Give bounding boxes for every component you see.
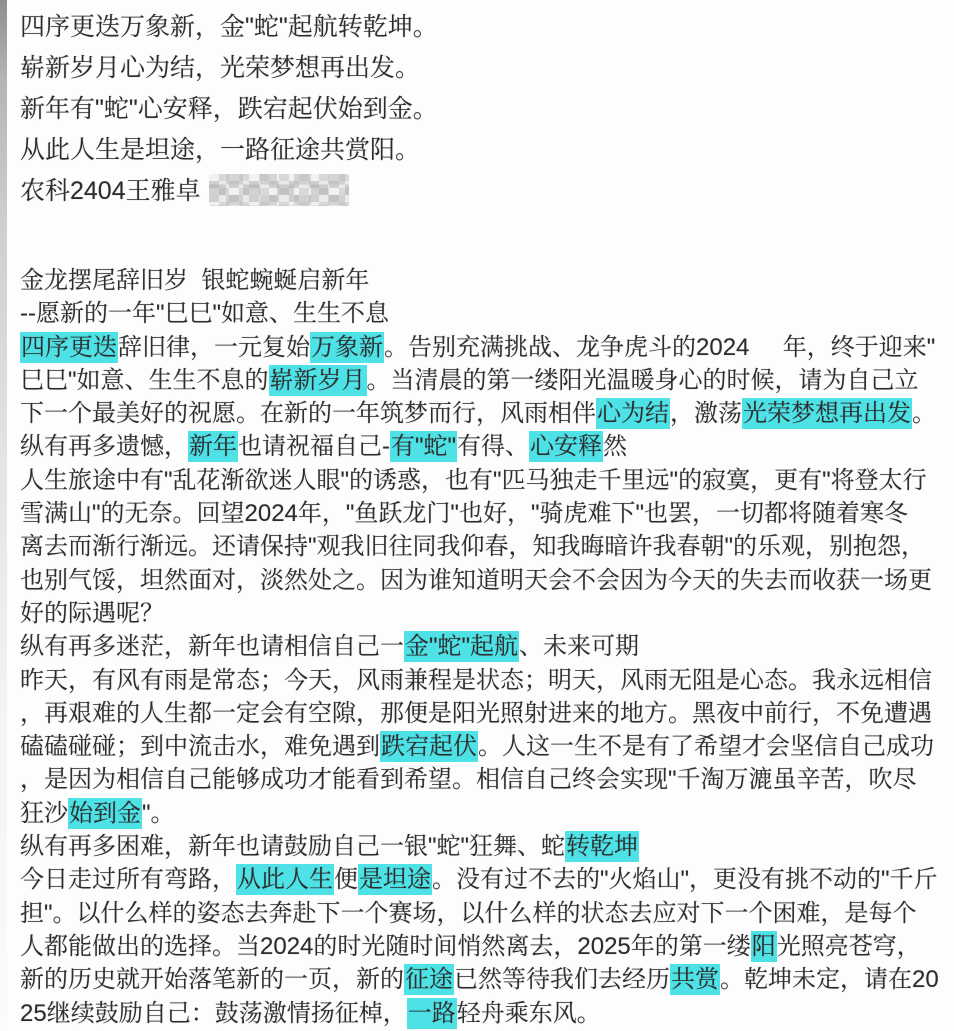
article-subtitle: --愿新的一年"巳巳"如意、生生不息 [20,297,940,330]
poem-line: 新年有"蛇"心安释，跌宕起伏始到金。 [20,89,940,130]
highlighted-text: 始到金 [68,798,142,829]
plain-text: 。没有过不去的"火焰山"，更没有挑不动的"千斤 [432,866,938,893]
plain-text: 。乾坤未定，请在20 [720,966,939,993]
highlighted-text: 有"蛇" [390,431,457,462]
author-name: 农科2404王雅卓 [20,177,201,205]
plain-text: 纵有再多困难，新年也请鼓励自己一银"蛇"狂舞、蛇 [20,833,565,860]
plain-text: 新的历史就开始落笔新的一页，新的 [20,966,404,993]
plain-text: 。当清晨的第一缕阳光温暖身心的时候，请为自己立 [367,367,919,394]
highlighted-text: 跌宕起伏 [380,731,478,762]
plain-text: ，是因为相信自己能够成功才能看到希望。相信自己终会实现"千淘万漉虽辛苦，吹尽 [20,766,917,793]
redacted-name-blur [209,174,349,206]
plain-text: 狂沙 [20,800,68,827]
highlighted-text: 转乾坤 [565,831,639,862]
plain-text: 人生旅途中有"乱花渐欲迷人眼"的诱惑，也有"匹马独走千里远"的寂寞，更有"将登太… [20,467,927,494]
text-line: 下一个最美好的祝愿。在新的一年筑梦而行，风雨相伴心为结，激荡光荣梦想再出发。 [20,397,940,430]
highlighted-text: 光荣梦想再出发 [742,398,912,429]
highlighted-text: 万象新 [310,332,384,363]
plain-text: "。 [142,800,175,827]
highlighted-text: 心为结 [596,398,670,429]
text-line: 狂沙始到金"。 [20,797,940,830]
plain-text: 巳巳"如意、生生不息的 [20,367,269,394]
plain-text: 光照亮苍穹， [777,933,921,960]
plain-text: 也别气馁，坦然面对，淡然处之。因为谁知道明天会不会因为今天的失去而收获一场更 [20,567,932,594]
plain-text: 好的际遇呢？ [20,600,164,627]
plain-text: 昨天，有风有雨是常态；今天，风雨兼程是状态；明天，风雨无阻是心态。我永远相信 [20,667,932,694]
text-line: 也别气馁，坦然面对，淡然处之。因为谁知道明天会不会因为今天的失去而收获一场更 [20,564,940,597]
plain-text: 。 [912,400,936,427]
poem-line: 从此人生是坦途，一路征途共赏阳。 [20,130,940,171]
plain-text: 磕磕碰碰；到中流击水，难免遇到 [20,733,380,760]
plain-text: 离去而渐行渐远。还请保持"观我旧往同我仰春，知我晦暗许我春朝"的乐观，别抱怨， [20,533,925,560]
plain-text: 轻舟乘东风。 [457,1000,601,1027]
poem-line: 崭新岁月心为结，光荣梦想再出发。 [20,48,940,89]
text-line: 纵有再多遗憾，新年也请祝福自己-有"蛇"有得、心安释然 [20,430,940,463]
plain-text: 纵有再多迷茫，新年也请相信自己一 [20,633,404,660]
highlighted-text: 金"蛇"起航 [404,631,519,662]
text-line: 巳巳"如意、生生不息的崭新岁月。当清晨的第一缕阳光温暖身心的时候，请为自己立 [20,364,940,397]
plain-text: 。告别充满挑战、龙争虎斗的2024 年，终于迎来" [384,334,935,361]
plain-text: 人都能做出的选择。当2024的时光随时间悄然离去，2025年的第一缕 [20,933,751,960]
page: { "colors": { "highlight": "#4ee2e7", "t… [0,0,954,1031]
article-header: 金龙摆尾辞旧岁 银蛇蜿蜒启新年 [20,264,940,297]
highlighted-text: 心安释 [529,431,603,462]
author-line: 农科2404王雅卓 [20,171,940,212]
text-line: 人生旅途中有"乱花渐欲迷人眼"的诱惑，也有"匹马独走千里远"的寂寞，更有"将登太… [20,464,940,497]
highlighted-text: 一路 [407,998,457,1029]
highlighted-text: 从此人生 [236,864,334,895]
poem-line: 四序更迭万象新，金"蛇"起航转乾坤。 [20,7,940,48]
highlighted-text: 四序更迭 [20,332,118,363]
text-line: 担"。以什么样的姿态去奔赴下一个赛场，以什么样的状态去应对下一个困难，是每个 [20,897,940,930]
highlighted-text: 征途 [404,964,454,995]
poem-section: 四序更迭万象新，金"蛇"起航转乾坤。崭新岁月心为结，光荣梦想再出发。新年有"蛇"… [20,7,940,171]
plain-text: 、未来可期 [519,633,639,660]
text-line: 雪满山"的无奈。回望2024年，"鱼跃龙门"也好，"骑虎难下"也罢，一切都将随着… [20,497,940,530]
article-section: 金龙摆尾辞旧岁 银蛇蜿蜒启新年 --愿新的一年"巳巳"如意、生生不息 四序更迭辞… [20,264,940,1030]
highlighted-text: 新年 [188,431,238,462]
text-line: 人都能做出的选择。当2024的时光随时间悄然离去，2025年的第一缕阳光照亮苍穹… [20,930,940,963]
document-content: 四序更迭万象新，金"蛇"起航转乾坤。崭新岁月心为结，光荣梦想再出发。新年有"蛇"… [20,7,940,1030]
article-body: 四序更迭辞旧律，一元复始万象新。告别充满挑战、龙争虎斗的2024 年，终于迎来"… [20,331,940,1030]
plain-text: 有得、 [457,433,529,460]
text-line: 纵有再多迷茫，新年也请相信自己一金"蛇"起航、未来可期 [20,630,940,663]
page-edge-shadow [0,0,7,1031]
plain-text: 便 [334,866,358,893]
highlighted-text: 是坦途 [358,864,432,895]
plain-text: 担"。以什么样的姿态去奔赴下一个赛场，以什么样的状态去应对下一个困难，是每个 [20,900,917,927]
text-line: 好的际遇呢？ [20,597,940,630]
text-line: 新的历史就开始落笔新的一页，新的征途已然等待我们去经历共赏。乾坤未定，请在20 [20,963,940,996]
plain-text: 。人这一生不是有了希望才会坚信自己成功 [478,733,934,760]
plain-text: 25继续鼓励自己：鼓荡激情扬征棹， [20,1000,407,1027]
text-line: 昨天，有风有雨是常态；今天，风雨兼程是状态；明天，风雨无阻是心态。我永远相信 [20,664,940,697]
text-line: ，是因为相信自己能够成功才能看到希望。相信自己终会实现"千淘万漉虽辛苦，吹尽 [20,763,940,796]
plain-text: 今日走过所有弯路， [20,866,236,893]
plain-text: 已然等待我们去经历 [454,966,670,993]
plain-text: ，再艰难的人生都一定会有空隙，那便是阳光照射进来的地方。黑夜中前行，不免遭遇 [20,700,932,727]
plain-text: 下一个最美好的祝愿。在新的一年筑梦而行，风雨相伴 [20,400,596,427]
plain-text: ，激荡 [670,400,742,427]
text-line: 今日走过所有弯路，从此人生便是坦途。没有过不去的"火焰山"，更没有挑不动的"千斤 [20,863,940,896]
text-line: 25继续鼓励自己：鼓荡激情扬征棹，一路轻舟乘东风。 [20,997,940,1030]
plain-text: 也请祝福自己- [238,433,390,460]
plain-text: 然 [603,433,627,460]
plain-text: 雪满山"的无奈。回望2024年，"鱼跃龙门"也好，"骑虎难下"也罢，一切都将随着… [20,500,908,527]
highlighted-text: 共赏 [670,964,720,995]
text-line: 磕磕碰碰；到中流击水，难免遇到跌宕起伏。人这一生不是有了希望才会坚信自己成功 [20,730,940,763]
text-line: ，再艰难的人生都一定会有空隙，那便是阳光照射进来的地方。黑夜中前行，不免遭遇 [20,697,940,730]
plain-text: 纵有再多遗憾， [20,433,188,460]
highlighted-text: 崭新岁月 [269,365,367,396]
text-line: 四序更迭辞旧律，一元复始万象新。告别充满挑战、龙争虎斗的2024 年，终于迎来" [20,331,940,364]
plain-text: 辞旧律，一元复始 [118,334,310,361]
highlighted-text: 阳 [751,931,777,962]
text-line: 离去而渐行渐远。还请保持"观我旧往同我仰春，知我晦暗许我春朝"的乐观，别抱怨， [20,530,940,563]
text-line: 纵有再多困难，新年也请鼓励自己一银"蛇"狂舞、蛇转乾坤 [20,830,940,863]
